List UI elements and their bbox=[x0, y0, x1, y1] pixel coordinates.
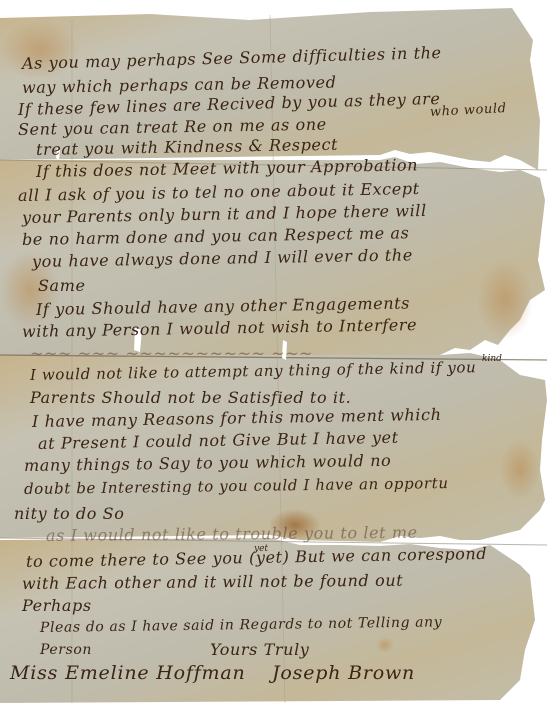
letter-line: Pleas do as I have said in Regards to no… bbox=[40, 614, 442, 636]
letter-line: Person bbox=[40, 642, 92, 658]
letter-line: treat you with Kindness & Respect bbox=[36, 135, 338, 159]
letter-line: at Present I could not Give But I have y… bbox=[38, 428, 399, 453]
letter-line: nity to do So bbox=[14, 504, 124, 523]
letter-line: Perhaps bbox=[22, 596, 92, 615]
letter-line: with Each other and it will not be found… bbox=[22, 571, 403, 593]
letter-line: you have always done and I will ever do … bbox=[32, 245, 413, 271]
letter-line: doubt be Interesting to you could I have… bbox=[24, 474, 449, 498]
letter-line: If this does not Meet with your Approbat… bbox=[36, 155, 418, 181]
letter-line: As you may perhaps See Some difficulties… bbox=[22, 43, 442, 73]
interlinear-insert: kind bbox=[482, 354, 502, 364]
interlinear-insert: yet bbox=[254, 544, 268, 554]
signature: Joseph Brown bbox=[272, 662, 415, 684]
letter-line: If you Should have any other Engagements bbox=[36, 293, 410, 319]
letter-line: Same bbox=[38, 276, 86, 295]
letter-line: with any Person I would not wish to Inte… bbox=[22, 315, 417, 341]
recipient-name: Miss Emeline Hoffman bbox=[10, 662, 246, 684]
letter-line: many things to Say to you which would no bbox=[24, 451, 392, 475]
letter-line-struck: as I would not like to trouble you to le… bbox=[46, 523, 418, 545]
closing: Yours Truly bbox=[210, 640, 309, 659]
letter-line-insert: who would bbox=[430, 101, 507, 120]
letter-body: As you may perhaps See Some difficulties… bbox=[0, 0, 547, 703]
letter-line-struck: ~~~ ~~~ ~~~~~~~~~~ ~~~ bbox=[30, 344, 313, 363]
letter-line: be no harm done and you can Respect me a… bbox=[22, 223, 410, 249]
letter-line: Parents Should not be Satisfied to it. bbox=[30, 388, 351, 407]
